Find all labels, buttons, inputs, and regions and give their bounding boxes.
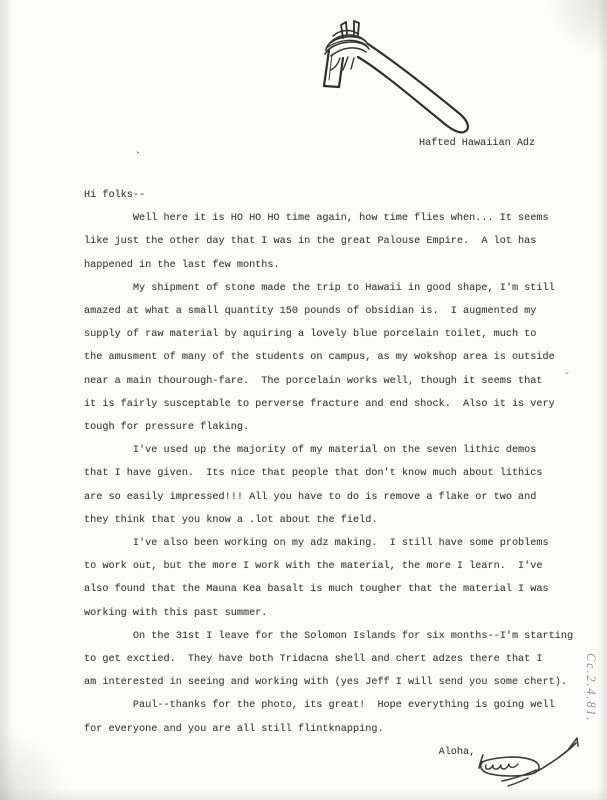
stray-tick-mark: `: [134, 150, 142, 165]
adz-illustration: [298, 10, 503, 145]
signature-scribble: [472, 732, 604, 796]
letter-body: Hi folks-- Well here it is HO HO HO time…: [84, 184, 573, 764]
illustration-caption: Hafted Hawaiian Adz: [419, 138, 535, 149]
catalog-number-note: Cc.2.4.81.: [583, 653, 598, 722]
letter-page: Hafted Hawaiian Adz ` Hi folks-- Well he…: [0, 0, 607, 800]
